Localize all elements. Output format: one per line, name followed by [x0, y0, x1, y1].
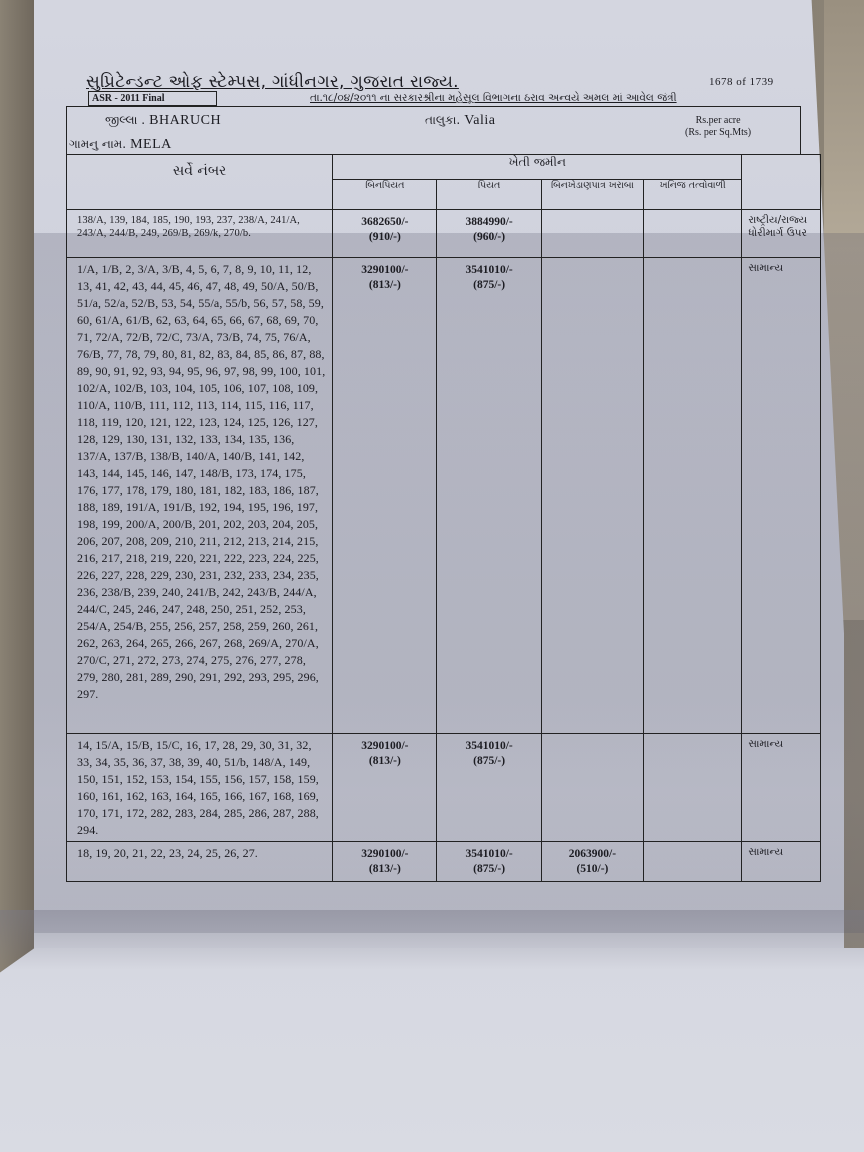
- taluka-label: તાલુકા.: [425, 113, 460, 127]
- wasteland-rate-cell: 2063900/- (510/-): [541, 842, 643, 882]
- irrigated-rate-cell: 3541010/- (875/-): [437, 734, 541, 842]
- non-irrigated-rate-cell: 3290100/- (813/-): [333, 842, 437, 882]
- rate-per-acre: 3541010/-: [437, 263, 540, 278]
- rate-table: સર્વે નંબર ખેતી જમીન બિનપિયત પિયત બિનખેડ…: [66, 154, 821, 882]
- table-row: 18, 19, 20, 21, 22, 23, 24, 25, 26, 27. …: [67, 842, 821, 882]
- table-header-row: સર્વે નંબર ખેતી જમીન: [67, 155, 821, 180]
- header-non-irrigated: બિનપિયત: [333, 180, 437, 210]
- rate-per-sqm: (875/-): [437, 862, 540, 877]
- page-indicator: 1678 of 1739: [709, 76, 774, 88]
- rate-per-acre: 3290100/-: [333, 263, 436, 278]
- rate-per-acre: 3682650/-: [333, 215, 436, 230]
- village-label: ગામનુ નામ.: [69, 137, 126, 151]
- district-value: BHARUCH: [149, 113, 221, 128]
- survey-numbers-cell: 18, 19, 20, 21, 22, 23, 24, 25, 26, 27.: [67, 842, 333, 882]
- rate-per-sqm: (875/-): [437, 754, 540, 769]
- rate-per-sqm: (960/-): [437, 230, 540, 245]
- table-row: 1/A, 1/B, 2, 3/A, 3/B, 4, 5, 6, 7, 8, 9,…: [67, 258, 821, 734]
- table-row: 138/A, 139, 184, 185, 190, 193, 237, 238…: [67, 210, 821, 258]
- wasteland-rate-cell: [541, 210, 643, 258]
- header-irrigated: પિયત: [437, 180, 541, 210]
- district-field: જીલ્લા . BHARUCH: [105, 111, 221, 129]
- header-agricultural-land: ખેતી જમીન: [333, 155, 742, 180]
- rate-per-sqm: (510/-): [542, 862, 643, 877]
- location-info-box: જીલ્લા . BHARUCH ગામનુ નામ. MELA તાલુકા.…: [66, 106, 801, 155]
- village-value: MELA: [130, 137, 172, 152]
- village-field: ગામનુ નામ. MELA: [69, 135, 172, 153]
- category-cell: સામાન્ય: [742, 842, 821, 882]
- mineral-rate-cell: [644, 258, 742, 734]
- header-survey-number: સર્વે નંબર: [67, 155, 333, 210]
- folded-paper-lower-half: [0, 948, 864, 1152]
- non-irrigated-rate-cell: 3290100/- (813/-): [333, 258, 437, 734]
- header-category-blank: [742, 155, 821, 210]
- rate-per-acre: 2063900/-: [542, 847, 643, 862]
- non-irrigated-rate-cell: 3682650/- (910/-): [333, 210, 437, 258]
- document-subtitle: તા.૧૮/૦૪/૨૦૧૧ ના સરકારશ્રીના મહેસૂલ વિભા…: [310, 92, 677, 105]
- rate-per-acre: 3884990/-: [437, 215, 540, 230]
- rate-per-acre: 3290100/-: [333, 847, 436, 862]
- taluka-field: તાલુકા. Valia: [425, 111, 495, 129]
- category-cell: સામાન્ય: [742, 734, 821, 842]
- asr-label-box: ASR - 2011 Final: [88, 91, 217, 106]
- survey-numbers-cell: 14, 15/A, 15/B, 15/C, 16, 17, 28, 29, 30…: [67, 734, 333, 842]
- mineral-rate-cell: [644, 210, 742, 258]
- units-line-acre: Rs.per acre: [685, 115, 751, 127]
- category-cell: રાષ્ટ્રીય/રાજ્ય ધોરીમાર્ગ ઉપર: [742, 210, 821, 258]
- irrigated-rate-cell: 3541010/- (875/-): [437, 258, 541, 734]
- rate-per-sqm: (813/-): [333, 278, 436, 293]
- taluka-value: Valia: [464, 113, 495, 128]
- rate-per-sqm: (875/-): [437, 278, 540, 293]
- rate-per-acre: 3541010/-: [437, 739, 540, 754]
- header-mineral: ખનિજ તત્વોવાળી: [644, 180, 742, 210]
- survey-numbers-cell: 1/A, 1/B, 2, 3/A, 3/B, 4, 5, 6, 7, 8, 9,…: [67, 258, 333, 734]
- units-line-sqm: (Rs. per Sq.Mts): [685, 127, 751, 139]
- document-title: સુપ્રિટેન્ડન્ટ ઓફ સ્ટેમ્પસ, ગાંધીનગર, ગુ…: [86, 72, 459, 92]
- wasteland-rate-cell: [541, 258, 643, 734]
- survey-numbers-cell: 138/A, 139, 184, 185, 190, 193, 237, 238…: [67, 210, 333, 258]
- rate-per-sqm: (813/-): [333, 754, 436, 769]
- district-label: જીલ્લા .: [105, 113, 145, 127]
- mineral-rate-cell: [644, 734, 742, 842]
- wasteland-rate-cell: [541, 734, 643, 842]
- table-row: 14, 15/A, 15/B, 15/C, 16, 17, 28, 29, 30…: [67, 734, 821, 842]
- non-irrigated-rate-cell: 3290100/- (813/-): [333, 734, 437, 842]
- rate-per-sqm: (910/-): [333, 230, 436, 245]
- rate-per-acre: 3541010/-: [437, 847, 540, 862]
- mineral-rate-cell: [644, 842, 742, 882]
- category-cell: સામાન્ય: [742, 258, 821, 734]
- rate-per-acre: 3290100/-: [333, 739, 436, 754]
- rate-per-sqm: (813/-): [333, 862, 436, 877]
- irrigated-rate-cell: 3541010/- (875/-): [437, 842, 541, 882]
- units-note: Rs.per acre (Rs. per Sq.Mts): [685, 115, 751, 139]
- header-wasteland: બિનખેડાણપાત્ર ખરાબા: [541, 180, 643, 210]
- irrigated-rate-cell: 3884990/- (960/-): [437, 210, 541, 258]
